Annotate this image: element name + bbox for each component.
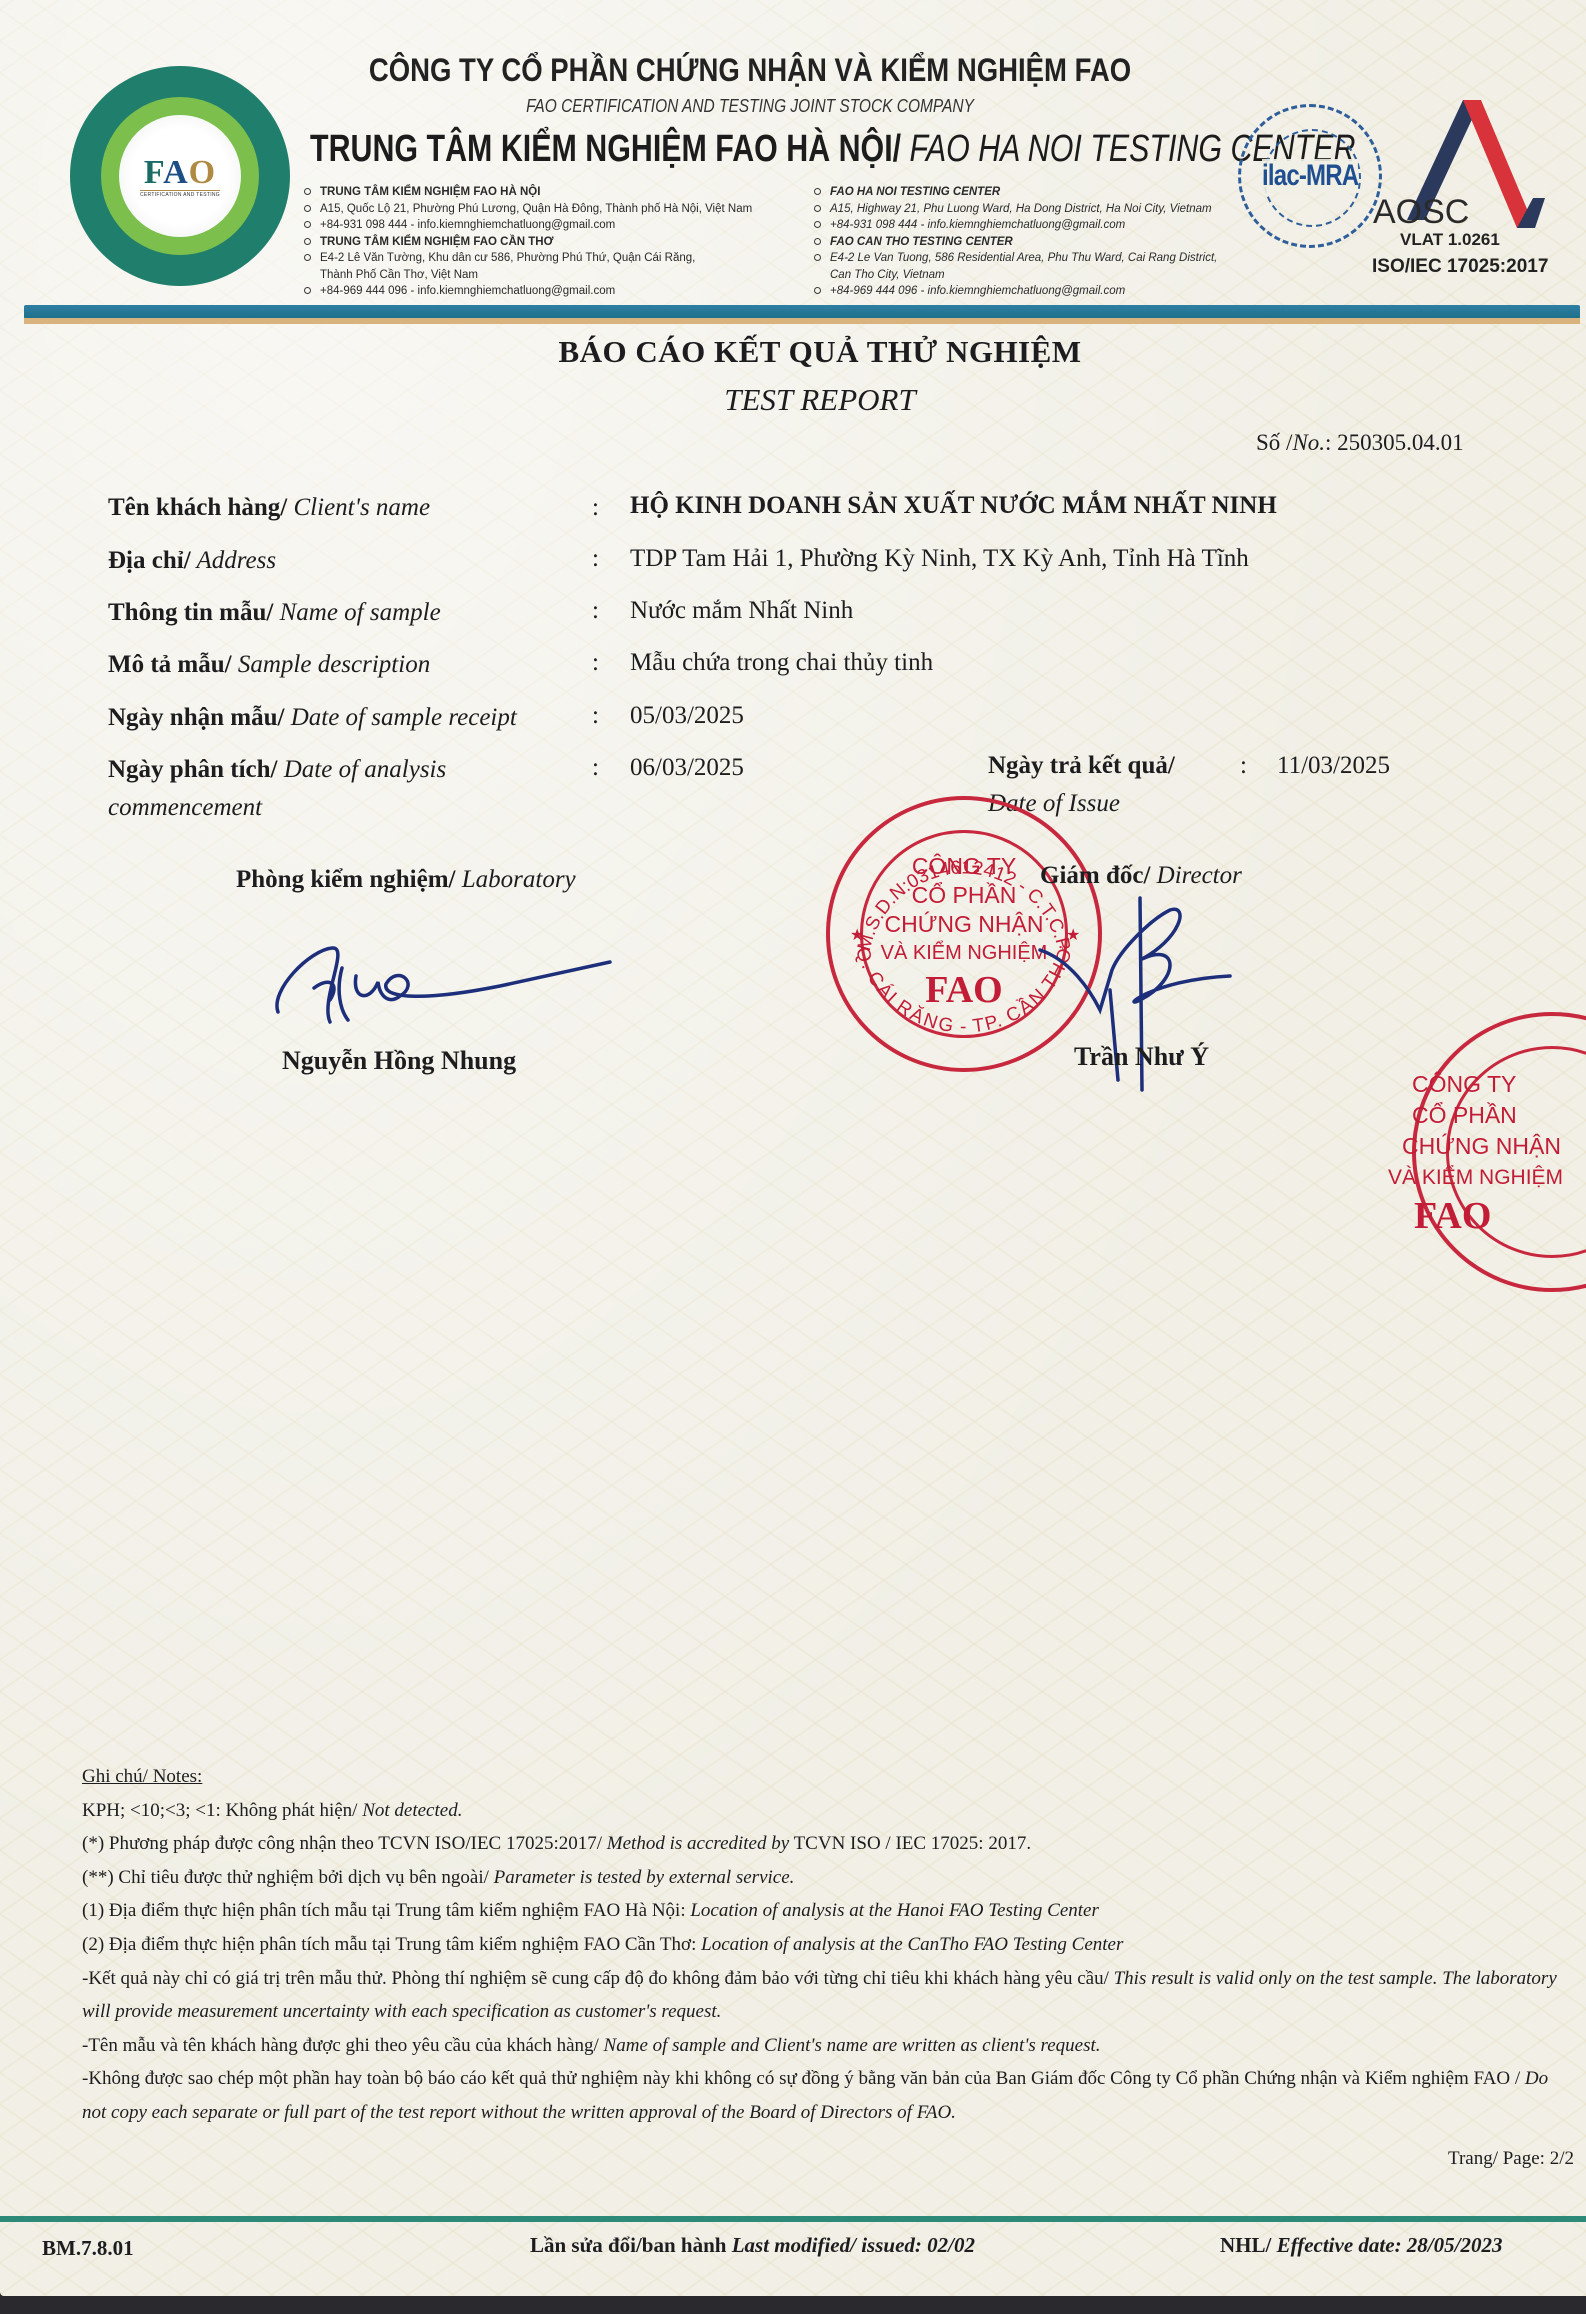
stamp-company-line: CÔNG TY [1412, 1070, 1586, 1099]
note-item: (1) Địa điểm thực hiện phân tích mẫu tại… [82, 1894, 1562, 1928]
ilac-mra-icon: ilac-MRA [1238, 104, 1382, 248]
test-report-page: FAO CERTIFICATION AND TESTING CÔNG TY CỔ… [0, 0, 1586, 2296]
vlat-code: VLAT 1.0261 [1400, 230, 1500, 250]
testing-center-title: TRUNG TÂM KIỂM NGHIỆM FAO HÀ NỘI/ FAO HA… [310, 128, 1046, 171]
colon: : [592, 597, 599, 625]
company-name-vi: CÔNG TY CỔ PHẦN CHỨNG NHẬN VÀ KIỂM NGHIỆ… [363, 52, 1137, 89]
company-stamp-partial: CÔNG TY CỔ PHẦN CHỨNG NHẬN VÀ KIỂM NGHIỆ… [1412, 1012, 1586, 1292]
address-line: A15, Highway 21, Phu Luong Ward, Ha Dong… [812, 201, 1217, 218]
form-code: BM.7.8.01 [42, 2236, 134, 2261]
note-item: -Tên mẫu và tên khách hàng được ghi theo… [82, 2029, 1562, 2063]
address-line: +84-931 098 444 - info.kiemnghiemchatluo… [302, 217, 752, 234]
receipt-date-label: Ngày nhận mẫu/ Date of sample receipt [108, 704, 517, 732]
note-item: (2) Địa điểm thực hiện phân tích mẫu tại… [82, 1928, 1562, 1962]
address-line: +84-969 444 096 - info.kiemnghiemchatluo… [812, 283, 1217, 300]
analysis-date-value: 06/03/2025 [630, 754, 744, 782]
colon: : [592, 702, 599, 730]
addresses-vi: TRUNG TÂM KIỂM NGHIỆM FAO HÀ NỘIA15, Quố… [302, 184, 752, 300]
sample-description-label: Mô tả mẫu/ Sample description [108, 651, 430, 679]
lab-signature-icon [270, 940, 620, 1030]
report-number: Số /No.: 250305.04.01 [1256, 430, 1464, 456]
address-line: Thành Phố Cần Thơ, Việt Nam [302, 267, 752, 284]
address-line: A15, Quốc Lộ 21, Phường Phú Lương, Quận … [302, 201, 752, 218]
address-line: E4-2 Le Van Tuong, 586 Residential Area,… [812, 250, 1217, 267]
sample-name-label: Thông tin mẫu/ Name of sample [108, 599, 441, 627]
fao-logo-text: FAO [144, 154, 216, 192]
stamp-company-line: CHỨNG NHẬN [1402, 1132, 1586, 1161]
address-line: TRUNG TÂM KIỂM NGHIỆM FAO HÀ NỘI [302, 184, 752, 201]
sample-name-value: Nước mắm Nhất Ninh [630, 597, 853, 625]
address-label: Địa chỉ/ Address [108, 547, 276, 575]
colon: : [592, 649, 599, 677]
analysis-date-label: Ngày phân tích/ Date of analysis [108, 756, 446, 784]
header-divider [24, 305, 1580, 319]
director-name: Trần Như Ý [1074, 1042, 1209, 1072]
note-item: (**) Chỉ tiêu được thử nghiệm bởi dịch v… [82, 1861, 1562, 1895]
address-line: FAO CAN THO TESTING CENTER [812, 234, 1217, 251]
sample-description-value: Mẫu chứa trong chai thủy tinh [630, 649, 933, 677]
address-line: Can Tho City, Vietnam [812, 267, 1217, 284]
report-title-en: TEST REPORT [0, 382, 1586, 418]
stamp-brand: FAO [1414, 1194, 1586, 1238]
company-name-en: FAO CERTIFICATION AND TESTING JOINT STOC… [363, 96, 1137, 117]
notes-heading: Ghi chú/ Notes: [82, 1760, 1562, 1794]
lab-signatory-name: Nguyễn Hồng Nhung [282, 1046, 516, 1076]
colon: : [592, 754, 599, 782]
iso-standard: ISO/IEC 17025:2017 [1372, 256, 1548, 278]
fao-logo-subtitle: CERTIFICATION AND TESTING [140, 190, 220, 198]
address-line: FAO HA NOI TESTING CENTER [812, 184, 1217, 201]
note-item: (*) Phương pháp được công nhận theo TCVN… [82, 1827, 1562, 1861]
stamp-company-line: CỔ PHẦN [1412, 1101, 1586, 1130]
address-line: E4-2 Lê Văn Tường, Khu dân cư 586, Phườn… [302, 250, 752, 267]
note-item: -Không được sao chép một phần hay toàn b… [82, 2062, 1562, 2129]
note-item: KPH; <10;<3; <1: Không phát hiện/ Not de… [82, 1794, 1562, 1828]
address-value: TDP Tam Hải 1, Phường Kỳ Ninh, TX Kỳ Anh… [630, 545, 1249, 573]
client-name-value: HỘ KINH DOANH SẢN XUẤT NƯỚC MẮM NHẤT NIN… [630, 492, 1277, 520]
lab-signature-label: Phòng kiểm nghiệm/ Laboratory [236, 866, 576, 894]
address-line: +84-931 098 444 - info.kiemnghiemchatluo… [812, 217, 1217, 234]
stamp-company-line: VÀ KIỂM NGHIỆM [1388, 1163, 1586, 1192]
client-name-label: Tên khách hàng/ Client's name [108, 494, 430, 522]
colon: : [592, 494, 599, 522]
effective-date: NHL/ Effective date: 28/05/2023 [1220, 2233, 1502, 2258]
colon: : [592, 545, 599, 573]
page-number: Trang/ Page: 2/2 [1448, 2148, 1574, 2170]
addresses-en: FAO HA NOI TESTING CENTERA15, Highway 21… [812, 184, 1217, 300]
analysis-date-label-cont: commencement [108, 794, 262, 822]
footer-divider [0, 2216, 1586, 2222]
fao-logo: FAO CERTIFICATION AND TESTING [70, 66, 290, 286]
address-line: +84-969 444 096 - info.kiemnghiemchatluo… [302, 283, 752, 300]
issue-date-label: Ngày trả kết quả/ [988, 752, 1175, 780]
colon: : [1240, 752, 1247, 780]
note-item: -Kết quả này chỉ có giá trị trên mẫu thử… [82, 1962, 1562, 2029]
revision-info: Lần sửa đổi/ban hành Last modified/ issu… [530, 2233, 975, 2258]
issue-date-value: 11/03/2025 [1277, 752, 1390, 780]
aosc-label: AOSC [1373, 193, 1469, 232]
header-divider-accent [24, 318, 1580, 324]
notes-section: Ghi chú/ Notes: KPH; <10;<3; <1: Không p… [82, 1760, 1562, 2130]
receipt-date-value: 05/03/2025 [630, 702, 744, 730]
report-title-vi: BÁO CÁO KẾT QUẢ THỬ NGHIỆM [0, 334, 1586, 370]
address-line: TRUNG TÂM KIỂM NGHIỆM FAO CẦN THƠ [302, 234, 752, 251]
